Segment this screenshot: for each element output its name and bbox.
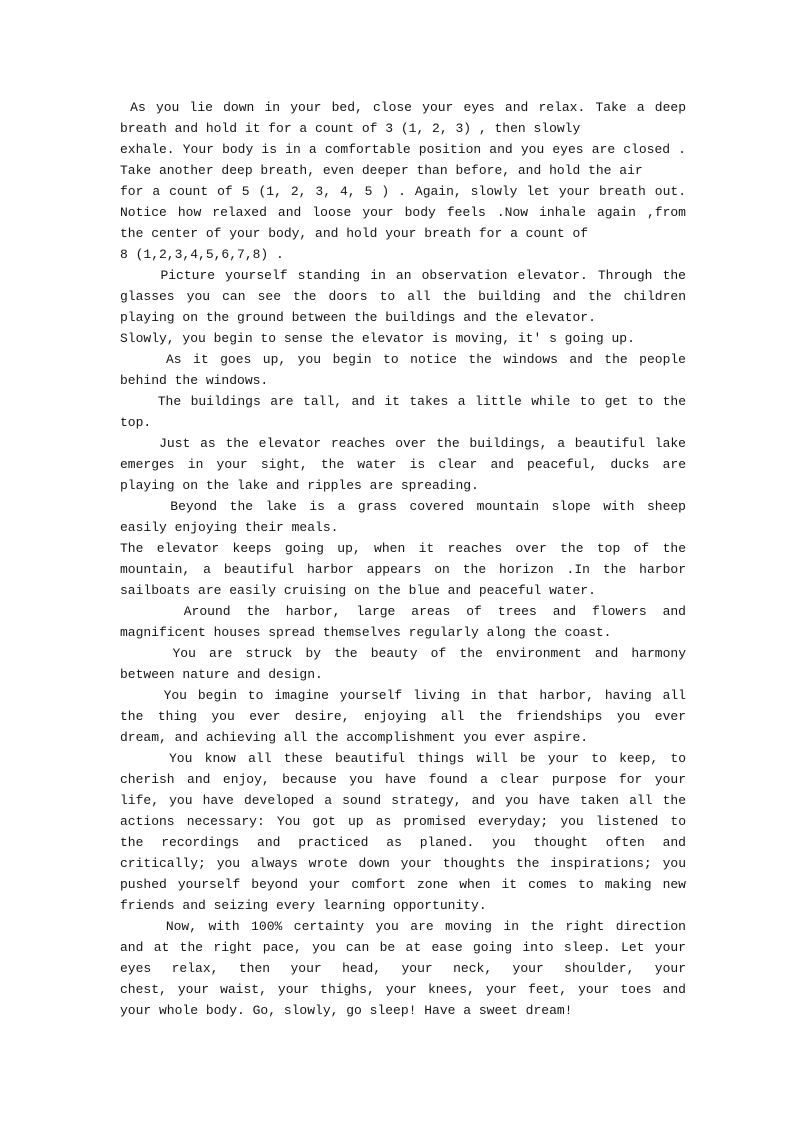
text-line: easily enjoying their meals. <box>120 517 686 538</box>
text-line: chest, your waist, your thighs, your kne… <box>120 979 686 1000</box>
text-line: the recordings and practiced as planed. … <box>120 832 686 853</box>
paragraph-block: for a count of 5 (1, 2, 3, 4, 5 ) . Agai… <box>120 181 686 244</box>
text-line: Beyond the lake is a grass covered mount… <box>120 496 686 517</box>
text-line: behind the windows. <box>120 370 686 391</box>
text-line: Around the harbor, large areas of trees … <box>120 601 686 622</box>
text-line: top. <box>120 412 686 433</box>
text-line: sailboats are easily cruising on the blu… <box>120 580 686 601</box>
text-line: for a count of 5 (1, 2, 3, 4, 5 ) . Agai… <box>120 181 686 202</box>
text-line: glasses you can see the doors to all the… <box>120 286 686 307</box>
document-text: As you lie down in your bed, close your … <box>120 97 686 1021</box>
text-line: emerges in your sight, the water is clea… <box>120 454 686 475</box>
text-line: and at the right pace, you can be at eas… <box>120 937 686 958</box>
text-line: critically; you always wrote down your t… <box>120 853 686 874</box>
paragraph-block: Slowly, you begin to sense the elevator … <box>120 328 686 349</box>
paragraph-block: The elevator keeps going up, when it rea… <box>120 538 686 601</box>
text-line: exhale. Your body is in a comfortable po… <box>120 139 686 160</box>
text-line: cherish and enjoy, because you have foun… <box>120 769 686 790</box>
paragraph-block: Beyond the lake is a grass covered mount… <box>120 496 686 538</box>
paragraph-block: As you lie down in your bed, close your … <box>120 97 686 139</box>
text-line: dream, and achieving all the accomplishm… <box>120 727 686 748</box>
text-line: Slowly, you begin to sense the elevator … <box>120 328 686 349</box>
text-line: Notice how relaxed and loose your body f… <box>120 202 686 223</box>
text-line: The elevator keeps going up, when it rea… <box>120 538 686 559</box>
text-line: life, you have developed a sound strateg… <box>120 790 686 811</box>
paragraph-block: Just as the elevator reaches over the bu… <box>120 433 686 496</box>
text-line: your whole body. Go, slowly, go sleep! H… <box>120 1000 686 1021</box>
text-line: The buildings are tall, and it takes a l… <box>120 391 686 412</box>
paragraph-block: 8 (1,2,3,4,5,6,7,8) . <box>120 244 686 265</box>
text-line: You begin to imagine yourself living in … <box>120 685 686 706</box>
text-line: pushed yourself beyond your comfort zone… <box>120 874 686 895</box>
text-line: magnificent houses spread themselves reg… <box>120 622 686 643</box>
paragraph-block: You know all these beautiful things will… <box>120 748 686 916</box>
paragraph-block: You begin to imagine yourself living in … <box>120 685 686 748</box>
text-line: playing on the ground between the buildi… <box>120 307 686 328</box>
document-page: As you lie down in your bed, close your … <box>0 0 800 1132</box>
text-line: friends and seizing every learning oppor… <box>120 895 686 916</box>
text-line: mountain, a beautiful harbor appears on … <box>120 559 686 580</box>
text-line: the center of your body, and hold your b… <box>120 223 686 244</box>
text-line: eyes relax, then your head, your neck, y… <box>120 958 686 979</box>
text-line: Now, with 100% certainty you are moving … <box>120 916 686 937</box>
paragraph-block: exhale. Your body is in a comfortable po… <box>120 139 686 181</box>
paragraph-block: As it goes up, you begin to notice the w… <box>120 349 686 391</box>
paragraph-block: Around the harbor, large areas of trees … <box>120 601 686 643</box>
text-line: As it goes up, you begin to notice the w… <box>120 349 686 370</box>
text-line: Take another deep breath, even deeper th… <box>120 160 686 181</box>
text-line: the thing you ever desire, enjoying all … <box>120 706 686 727</box>
text-line: Just as the elevator reaches over the bu… <box>120 433 686 454</box>
text-line: Picture yourself standing in an observat… <box>120 265 686 286</box>
paragraph-block: You are struck by the beauty of the envi… <box>120 643 686 685</box>
text-line: actions necessary: You got up as promise… <box>120 811 686 832</box>
text-line: between nature and design. <box>120 664 686 685</box>
text-line: 8 (1,2,3,4,5,6,7,8) . <box>120 244 686 265</box>
text-line: You are struck by the beauty of the envi… <box>120 643 686 664</box>
paragraph-block: The buildings are tall, and it takes a l… <box>120 391 686 433</box>
paragraph-block: Picture yourself standing in an observat… <box>120 265 686 328</box>
text-line: playing on the lake and ripples are spre… <box>120 475 686 496</box>
paragraph-block: Now, with 100% certainty you are moving … <box>120 916 686 1021</box>
text-line: As you lie down in your bed, close your … <box>120 97 686 118</box>
text-line: You know all these beautiful things will… <box>120 748 686 769</box>
text-line: breath and hold it for a count of 3 (1, … <box>120 118 686 139</box>
